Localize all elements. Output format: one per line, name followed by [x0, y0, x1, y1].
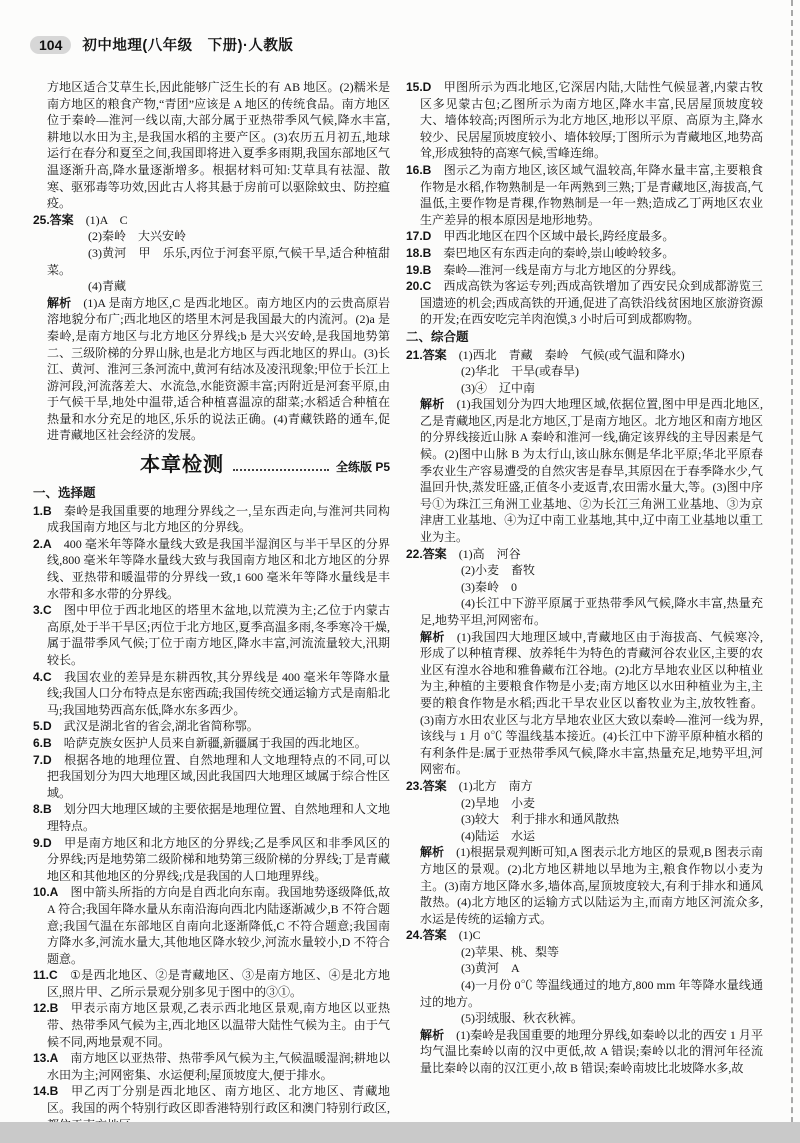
answer-item: 9.D 甲是南方地区和北方地区的分界线;乙是季风区和非季风区的分界线;丙是地势第…: [33, 835, 390, 885]
analysis-paragraph: 解析 (1)根据景观判断可知,A 图表示北方地区的景观,B 图表示南方地区的景观…: [420, 844, 763, 927]
item-text: (1)A C: [74, 213, 128, 227]
answer-item: 25.答案 (1)A C: [33, 212, 390, 229]
item-text: 甲图所示为西北地区,它深居内陆,大陆性气候显著,内蒙古牧区多见蒙古包;乙图所示为…: [420, 80, 763, 160]
answer-subline: (3)较大 利于排水和通风散热: [420, 811, 763, 828]
answer-item: 11.C ①是西北地区、②是青藏地区、③是南方地区、④是北方地区,照片甲、乙所示…: [33, 967, 390, 1000]
item-text: 甲西北地区在四个区域中最长,跨经度最多。: [431, 229, 674, 243]
item-text: ①是西北地区、②是青藏地区、③是南方地区、④是北方地区,照片甲、乙所示景观分别多…: [47, 968, 390, 999]
item-text: (1)根据景观判断可知,A 图表示北方地区的景观,B 图表示南方地区的景观。(2…: [420, 845, 763, 925]
item-number: 1.B: [33, 504, 52, 518]
answer-item: 2.A 400 毫米年等降水量线大致是我国半湿润区与半干旱区的分界线,800 毫…: [33, 536, 390, 602]
answer-subline: (3)黄河 A: [420, 960, 763, 977]
answer-subline: (2)秦岭 大兴安岭: [47, 228, 390, 245]
answer-item: 24.答案 (1)C: [406, 927, 763, 944]
answer-item: 17.D 甲西北地区在四个区域中最长,跨经度最多。: [406, 228, 763, 245]
page-number-badge: 104: [30, 36, 71, 54]
item-text: 武汉是湖北省的省会,湖北省简称鄂。: [52, 719, 259, 733]
analysis-paragraph: 解析 (1)我国四大地理区域中,青藏地区由于海拔高、气候寒冷,形成了以种植青稞、…: [420, 629, 763, 778]
item-text: (1)秦岭是我国重要的地理分界线,如秦岭以北的西安 1 月平均气温比秦岭以南的汉…: [420, 1028, 763, 1075]
item-number: 4.C: [33, 670, 52, 684]
analysis-paragraph: 解析 (1)我国划分为四大地理区域,依据位置,图中甲是西北地区,乙是青藏地区,丙…: [420, 396, 763, 545]
item-number: 21.答案: [406, 348, 447, 362]
answer-subline: (3)黄河 甲 乐乐,丙位于河套平原,气候干旱,适合种植甜菜。: [47, 245, 390, 278]
answer-item: 18.B 秦巴地区有东西走向的秦岭,崇山峻岭较多。: [406, 245, 763, 262]
answer-item: 13.A 南方地区以亚热带、热带季风气候为主,气候温暖湿润;耕地以水田为主;河网…: [33, 1050, 390, 1083]
item-text: 划分四大地理区域的主要依据是地理位置、自然地理和人文地理特点。: [47, 802, 390, 833]
item-text: 图中箭头所指的方向是自西北向东南。我国地势逐级降低,故 A 符合;我国年降水量从…: [47, 885, 390, 965]
page-edge-dashed-line: [791, 0, 793, 1143]
answer-subline: (5)羽绒服、秋衣秋裤。: [420, 1010, 763, 1027]
item-number: 14.B: [33, 1084, 58, 1098]
chapter-test-title: 本章检测: [140, 457, 224, 474]
column-right: 15.D 甲图所示为西北地区,它深居内陆,大陆性气候显著,内蒙古牧区多见蒙古包;…: [406, 79, 763, 1077]
answer-item: 16.B 图示乙为南方地区,该区域气温较高,年降水量丰富,主要粮食作物是水稻,作…: [406, 162, 763, 228]
item-text: 甲是南方地区和北方地区的分界线;乙是季风区和非季风区的分界线;丙是地势第二级阶梯…: [47, 836, 390, 883]
item-number: 2.A: [33, 537, 52, 551]
answer-item: 8.B 划分四大地理区域的主要依据是地理位置、自然地理和人文地理特点。: [33, 801, 390, 834]
answer-subline: (2)旱地 小麦: [420, 795, 763, 812]
item-number: 13.A: [33, 1051, 58, 1065]
page-header: 104 初中地理(八年级 下册)·人教版: [30, 34, 293, 55]
item-text: 甲表示南方地区景观,乙表示西北地区景观,南方地区以亚热带、热带季风气候为主,西北…: [47, 1001, 390, 1048]
answer-item: 3.C 图中甲位于西北地区的塔里木盆地,以荒漠为主;乙位于内蒙古高原,处于半干旱…: [33, 602, 390, 668]
item-number: 16.B: [406, 163, 431, 177]
analysis-label: 解析: [47, 296, 71, 310]
item-text: 哈萨克族女医护人员来自新疆,新疆属于我国的西北地区。: [52, 736, 367, 750]
textbook-answer-page: 104 初中地理(八年级 下册)·人教版 方地区适合艾草生长,因此能够广泛生长的…: [0, 0, 800, 1143]
answer-item: 5.D 武汉是湖北省的省会,湖北省简称鄂。: [33, 718, 390, 735]
item-text: 根据各地的地理位置、自然地理和人文地理特点的不同,可以把我国划分为四大地理区域,…: [47, 753, 390, 800]
answer-item: 20.C 西成高铁为客运专列;西成高铁增加了西安民众到成都游览三国遗迹的机会;西…: [406, 278, 763, 328]
item-text: 甲乙丙丁分别是西北地区、南方地区、北方地区、青藏地区。我国的两个特别行政区即香港…: [47, 1084, 390, 1123]
page-header-title: 初中地理(八年级 下册)·人教版: [82, 34, 293, 55]
item-number: 19.B: [406, 263, 431, 277]
item-number: 17.D: [406, 229, 431, 243]
item-text: (1)我国四大地理区域中,青藏地区由于海拔高、气候寒冷,形成了以种植青稞、放养牦…: [420, 630, 763, 777]
answer-item: 15.D 甲图所示为西北地区,它深居内陆,大陆性气候显著,内蒙古牧区多见蒙古包;…: [406, 79, 763, 162]
continuation-paragraph: 方地区适合艾草生长,因此能够广泛生长的有 AB 地区。(2)糯米是南方地区的粮食…: [47, 79, 390, 212]
item-number: 7.D: [33, 753, 52, 767]
analysis-label: 解析: [420, 1028, 444, 1042]
item-text: 南方地区以亚热带、热带季风气候为主,气候温暖湿润;耕地以水田为主;河网密集、水运…: [47, 1051, 390, 1082]
item-number: 22.答案: [406, 547, 447, 561]
analysis-paragraph: 解析 (1)A 是南方地区,C 是西北地区。南方地区内的云贵高原岩溶地貌分布广;…: [47, 295, 390, 444]
edition-label: 全练版 P5: [336, 459, 390, 476]
answer-item: 10.A 图中箭头所指的方向是自西北向东南。我国地势逐级降低,故 A 符合;我国…: [33, 884, 390, 967]
item-number: 15.D: [406, 80, 431, 94]
analysis-label: 解析: [420, 845, 444, 859]
item-text: 西成高铁为客运专列;西成高铁增加了西安民众到成都游览三国遗迹的机会;西成高铁的开…: [420, 279, 763, 326]
answer-item: 1.B 秦岭是我国重要的地理分界线之一,呈东西走向,与淮河共同构成我国南方地区与…: [33, 503, 390, 536]
answer-item: 6.B 哈萨克族女医护人员来自新疆,新疆属于我国的西北地区。: [33, 735, 390, 752]
item-text: 400 毫米年等降水量线大致是我国半湿润区与半干旱区的分界线,800 毫米年等降…: [47, 537, 390, 601]
item-number: 8.B: [33, 802, 52, 816]
item-number: 3.C: [33, 603, 52, 617]
item-number: 24.答案: [406, 928, 447, 942]
item-number: 25.答案: [33, 213, 74, 227]
item-number: 10.A: [33, 885, 58, 899]
item-text: 秦巴地区有东西走向的秦岭,崇山峻岭较多。: [431, 246, 674, 260]
item-number: 18.B: [406, 246, 431, 260]
answer-item: 19.B 秦岭—淮河一线是南方与北方地区的分界线。: [406, 262, 763, 279]
item-text: (1)C: [447, 928, 481, 942]
bottom-gray-band: [0, 1122, 800, 1143]
answer-item: 14.B 甲乙丙丁分别是西北地区、南方地区、北方地区、青藏地区。我国的两个特别行…: [33, 1083, 390, 1123]
answer-subline: (3)秦岭 0: [420, 579, 763, 596]
item-text: (1)北方 南方: [447, 779, 533, 793]
item-number: 11.C: [33, 968, 58, 982]
answer-item: 22.答案 (1)高 河谷: [406, 546, 763, 563]
item-text: 图中甲位于西北地区的塔里木盆地,以荒漠为主;乙位于内蒙古高原,处于半干旱区;丙位…: [47, 603, 390, 667]
item-text: 秦岭是我国重要的地理分界线之一,呈东西走向,与淮河共同构成我国南方地区与北方地区…: [47, 504, 390, 535]
answer-subline: (2)华北 干旱(或春旱): [420, 363, 763, 380]
answer-item: 23.答案 (1)北方 南方: [406, 778, 763, 795]
item-number: 12.B: [33, 1001, 58, 1015]
item-text: 秦岭—淮河一线是南方与北方地区的分界线。: [431, 263, 683, 277]
section-subhead: 二、综合题: [406, 329, 763, 346]
answer-subline: (4)陆运 水运: [420, 828, 763, 845]
answer-subline: (4)青藏: [47, 278, 390, 295]
analysis-paragraph: 解析 (1)秦岭是我国重要的地理分界线,如秦岭以北的西安 1 月平均气温比秦岭以…: [420, 1027, 763, 1077]
item-text: (1)A 是南方地区,C 是西北地区。南方地区内的云贵高原岩溶地貌分布广;西北地…: [47, 296, 390, 443]
answer-item: 4.C 我国农业的差异是东耕西牧,其分界线是 400 毫米年等降水量线;我国人口…: [33, 669, 390, 719]
section-subhead: 一、选择题: [33, 485, 390, 502]
answer-subline: (4)一月份 0℃ 等温线通过的地方,800 mm 年等降水量线通过的地方。: [420, 977, 763, 1010]
answer-subline: (2)小麦 畜牧: [420, 562, 763, 579]
item-text: (1)我国划分为四大地理区域,依据位置,图中甲是西北地区,乙是青藏地区,丙是北方…: [420, 397, 763, 544]
answer-subline: (3)④ 辽中南: [420, 380, 763, 397]
answer-item: 21.答案 (1)西北 青藏 秦岭 气候(或气温和降水): [406, 347, 763, 364]
item-text: 图示乙为南方地区,该区域气温较高,年降水量丰富,主要粮食作物是水稻,作物熟制是一…: [420, 163, 763, 227]
item-text: (1)西北 青藏 秦岭 气候(或气温和降水): [447, 348, 685, 362]
item-number: 5.D: [33, 719, 52, 733]
answer-subline: (4)长江中下游平原属于亚热带季风气候,降水丰富,热量充足,地势平坦,河网密布。: [420, 595, 763, 628]
chapter-test-heading: 本章检测全练版 P5: [33, 457, 390, 476]
item-number: 23.答案: [406, 779, 447, 793]
dotted-leader: [233, 468, 329, 471]
column-left: 方地区适合艾草生长,因此能够广泛生长的有 AB 地区。(2)糯米是南方地区的粮食…: [33, 79, 390, 1123]
answer-subline: (2)苹果、桃、梨等: [420, 944, 763, 961]
answer-item: 12.B 甲表示南方地区景观,乙表示西北地区景观,南方地区以亚热带、热带季风气候…: [33, 1000, 390, 1050]
analysis-label: 解析: [420, 630, 445, 644]
item-number: 20.C: [406, 279, 431, 293]
item-text: (1)高 河谷: [447, 547, 521, 561]
answer-item: 7.D 根据各地的地理位置、自然地理和人文地理特点的不同,可以把我国划分为四大地…: [33, 752, 390, 802]
analysis-label: 解析: [420, 397, 445, 411]
item-number: 6.B: [33, 736, 52, 750]
item-number: 9.D: [33, 836, 52, 850]
item-text: 我国农业的差异是东耕西牧,其分界线是 400 毫米年等降水量线;我国人口分布特点…: [47, 670, 390, 717]
